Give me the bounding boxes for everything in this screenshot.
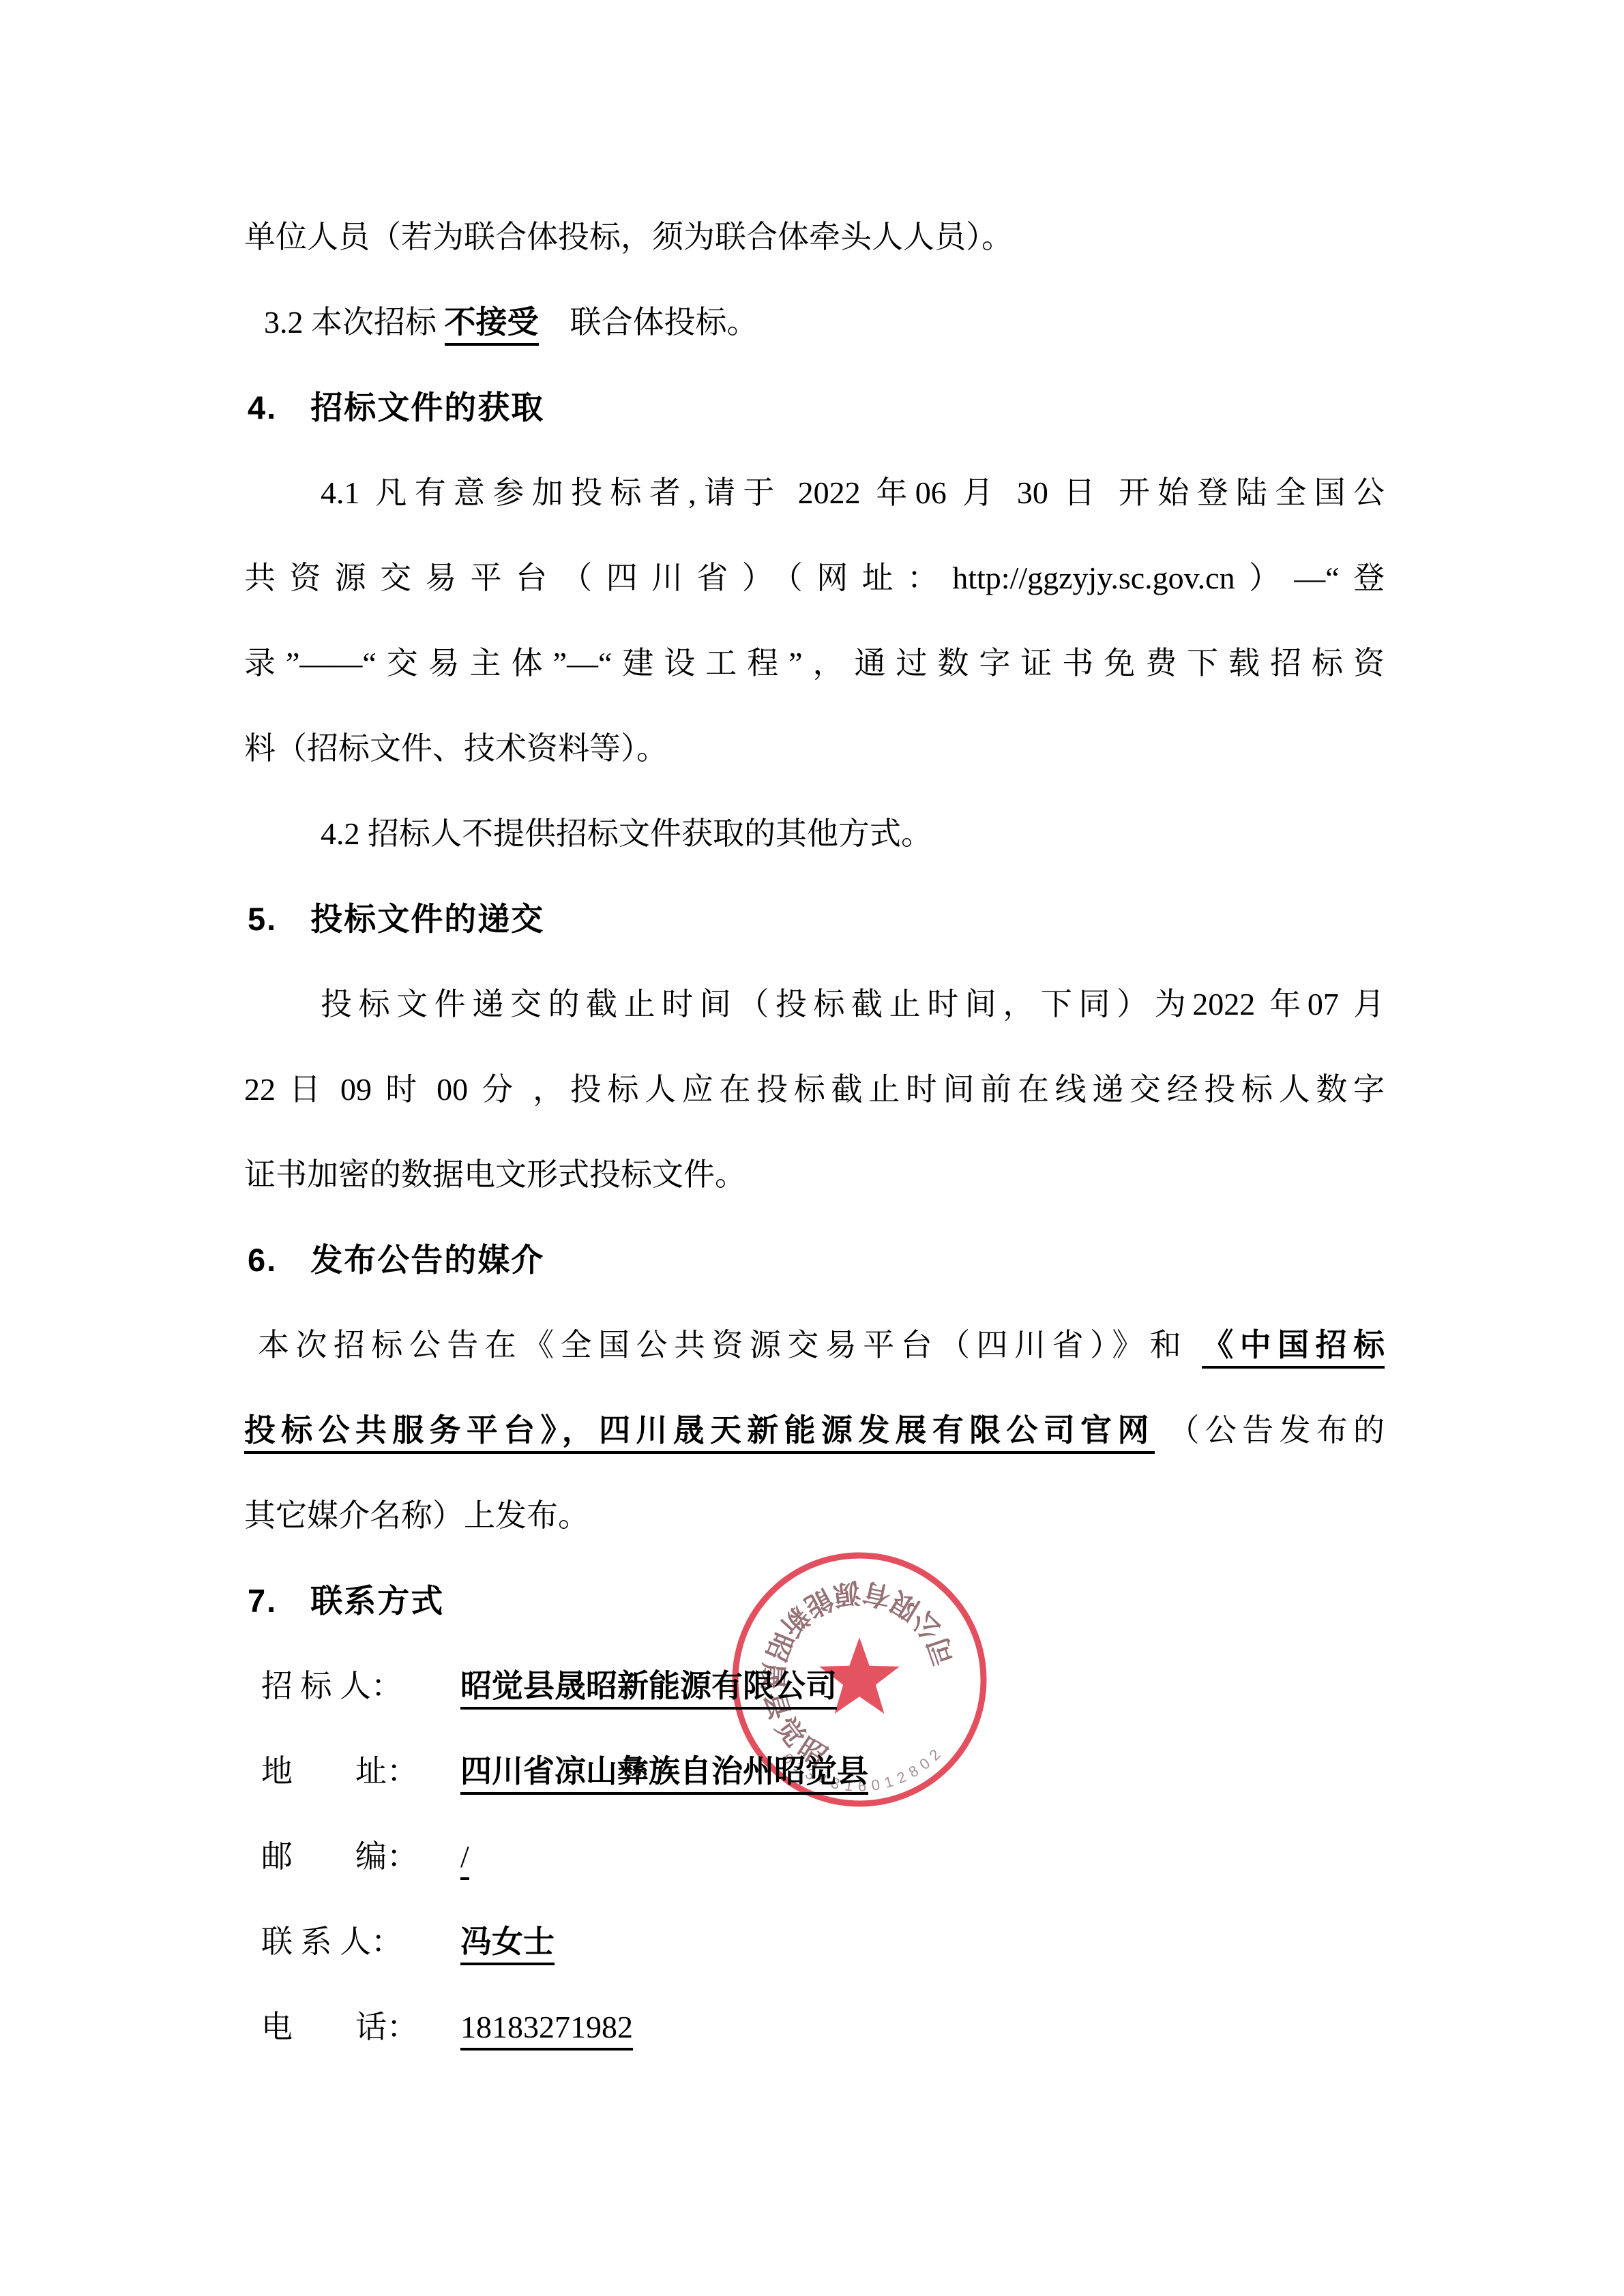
seal-serial-digit: 2 xyxy=(926,1746,943,1763)
seal-serial-digit: 3 xyxy=(803,1765,818,1784)
contact-label: 电 话： xyxy=(261,1984,460,2070)
seal-serial-digit: 1 xyxy=(791,1758,807,1777)
seal-company-char: 源 xyxy=(831,1577,863,1610)
text-segment: 5. 投标文件的递交 xyxy=(248,901,544,937)
seal-serial-digit: 3 xyxy=(829,1774,842,1793)
document-line: 3.2 本次招标 不接受 联合体投标。 xyxy=(244,280,1385,365)
document-line: 4.1 凡有意参加投标者,请于 2022 年06 月 30 日 开始登陆全国公 xyxy=(244,450,1385,535)
contact-label: 招 标 人： xyxy=(261,1643,460,1729)
text-segment: 料（招标文件、技术资料等）。 xyxy=(244,731,668,766)
document-line: 证书加密的数据电文形式投标文件。 xyxy=(244,1132,1385,1217)
emphasized-text: 投标公共服务平台》，四川晟天新能源发展有限公司官网 xyxy=(244,1412,1155,1454)
document-line: 4.2 招标人不提供招标文件获取的其他方式。 xyxy=(244,791,1385,876)
emphasized-text: 《中国招标 xyxy=(1202,1327,1385,1369)
section-heading: 4. 招标文件的获取 xyxy=(244,365,1385,450)
emphasized-text: 冯女士 xyxy=(460,1924,555,1965)
text-segment: 6. 发布公告的媒介 xyxy=(248,1242,544,1278)
text-segment: 其它媒介名称）上发布。 xyxy=(244,1498,589,1533)
text-segment: 投标文件递交的截止时间（投标截止时间，下同）为2022 年07 月 xyxy=(321,987,1385,1022)
emphasized-text: 不接受 xyxy=(445,304,539,346)
document-page: 单位人员（若为联合体投标，须为联合体牵头人人员）。3.2 本次招标 不接受 联合… xyxy=(0,0,1624,2296)
document-line: 22 日 09 时 00 分 ，投标人应在投标截止时间前在线递交经投标人数字 xyxy=(244,1047,1385,1132)
company-seal-stamp: 昭觉县晟昭新能源有限公司 0134316012802 xyxy=(722,1542,997,1817)
text-segment: 7. 联系方式 xyxy=(248,1583,444,1619)
text-segment: 22 日 09 时 00 分 ，投标人应在投标截止时间前在线递交经投标人数字 xyxy=(244,1072,1385,1107)
text-segment: 4.1 凡有意参加投标者,请于 2022 年06 月 30 日 开始登陆全国公 xyxy=(321,475,1385,510)
document-line: 录”——“交易主体”—“建设工程”，通过数字证书免费下载招标资 xyxy=(244,621,1385,706)
text-segment: 本次招标公告在《全国公共资源交易平台（四川省）》和 xyxy=(258,1328,1202,1362)
emphasized-text: / xyxy=(460,1839,469,1880)
text-segment: 单位人员（若为联合体投标，须为联合体牵头人人员）。 xyxy=(244,220,1013,254)
seal-serial-digit: 1 xyxy=(883,1773,896,1791)
seal-serial-digit: 4 xyxy=(816,1770,829,1789)
seal-star-icon xyxy=(819,1637,900,1714)
contact-label: 地 址： xyxy=(261,1729,460,1814)
document-line: 单位人员（若为联合体投标，须为联合体牵头人人员）。 xyxy=(244,194,1385,280)
contact-row: 联 系 人：冯女士 xyxy=(244,1899,1385,1984)
text-segment: 4. 招标文件的获取 xyxy=(248,389,544,426)
text-segment: 联合体投标。 xyxy=(539,305,758,340)
contact-row: 电 话：18183271982 xyxy=(244,1984,1385,2070)
text-segment: 4.2 招标人不提供招标文件获取的其他方式。 xyxy=(321,816,932,851)
section-heading: 5. 投标文件的递交 xyxy=(244,876,1385,961)
contact-label: 邮 编： xyxy=(261,1814,460,1899)
seal-company-char: 晟 xyxy=(757,1662,788,1690)
seal-serial-digit: 6 xyxy=(858,1778,867,1795)
document-line: 投标文件递交的截止时间（投标截止时间，下同）为2022 年07 月 xyxy=(244,961,1385,1047)
document-line: 本次招标公告在《全国公共资源交易平台（四川省）》和 《中国招标 xyxy=(244,1302,1385,1388)
text-segment: 录”——“交易主体”—“建设工程”，通过数字证书免费下载招标资 xyxy=(244,646,1385,681)
seal-serial-digit: 2 xyxy=(894,1768,909,1787)
contact-label: 联 系 人： xyxy=(261,1899,460,1984)
text-segment: 3.2 本次招标 xyxy=(264,305,445,340)
contact-row: 邮 编：/ xyxy=(244,1814,1385,1899)
document-line: 共资源交易平台（四川省）（网址：http://ggzyjy.sc.gov.cn）… xyxy=(244,535,1385,621)
document-line: 投标公共服务平台》，四川晟天新能源发展有限公司官网 （公告发布的 xyxy=(244,1388,1385,1473)
text-segment: 共资源交易平台（四川省）（网址：http://ggzyjy.sc.gov.cn）… xyxy=(244,561,1385,595)
text-segment: （公告发布的 xyxy=(1155,1413,1385,1448)
seal-serial-digit: 1 xyxy=(844,1776,854,1794)
section-heading: 6. 发布公告的媒介 xyxy=(244,1217,1385,1302)
emphasized-text: 18183271982 xyxy=(460,2010,633,2051)
seal-serial-digit: 8 xyxy=(906,1762,921,1781)
seal-serial-digit: 0 xyxy=(870,1776,881,1794)
document-line: 料（招标文件、技术资料等）。 xyxy=(244,706,1385,791)
text-segment: 证书加密的数据电文形式投标文件。 xyxy=(244,1157,746,1192)
